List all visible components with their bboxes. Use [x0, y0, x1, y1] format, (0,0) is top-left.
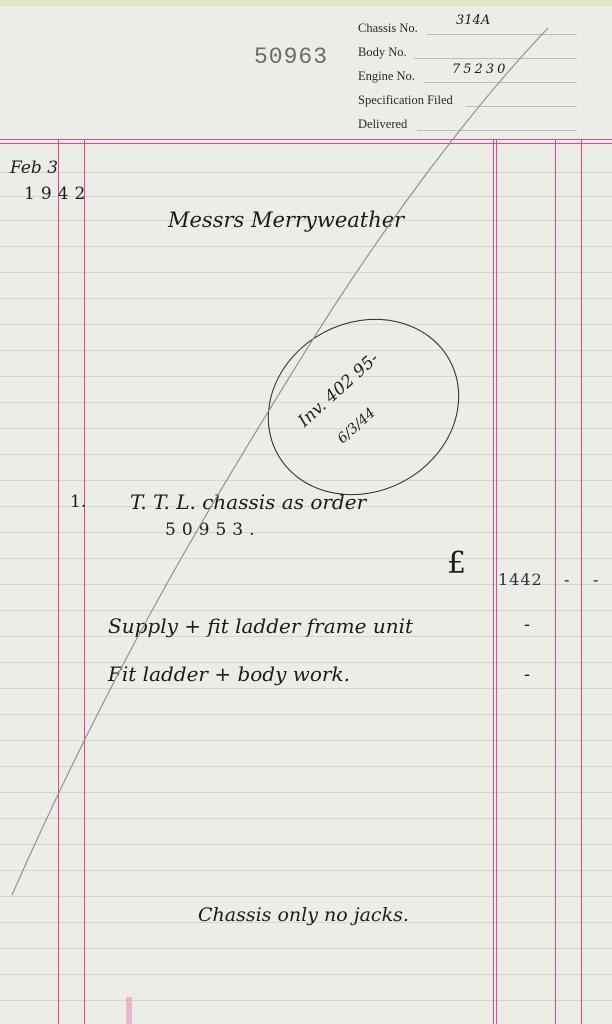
- pencil-strike-line: [0, 0, 612, 1024]
- ledger-page: 50963 Chassis No. 314A Body No. Engine N…: [0, 0, 612, 1024]
